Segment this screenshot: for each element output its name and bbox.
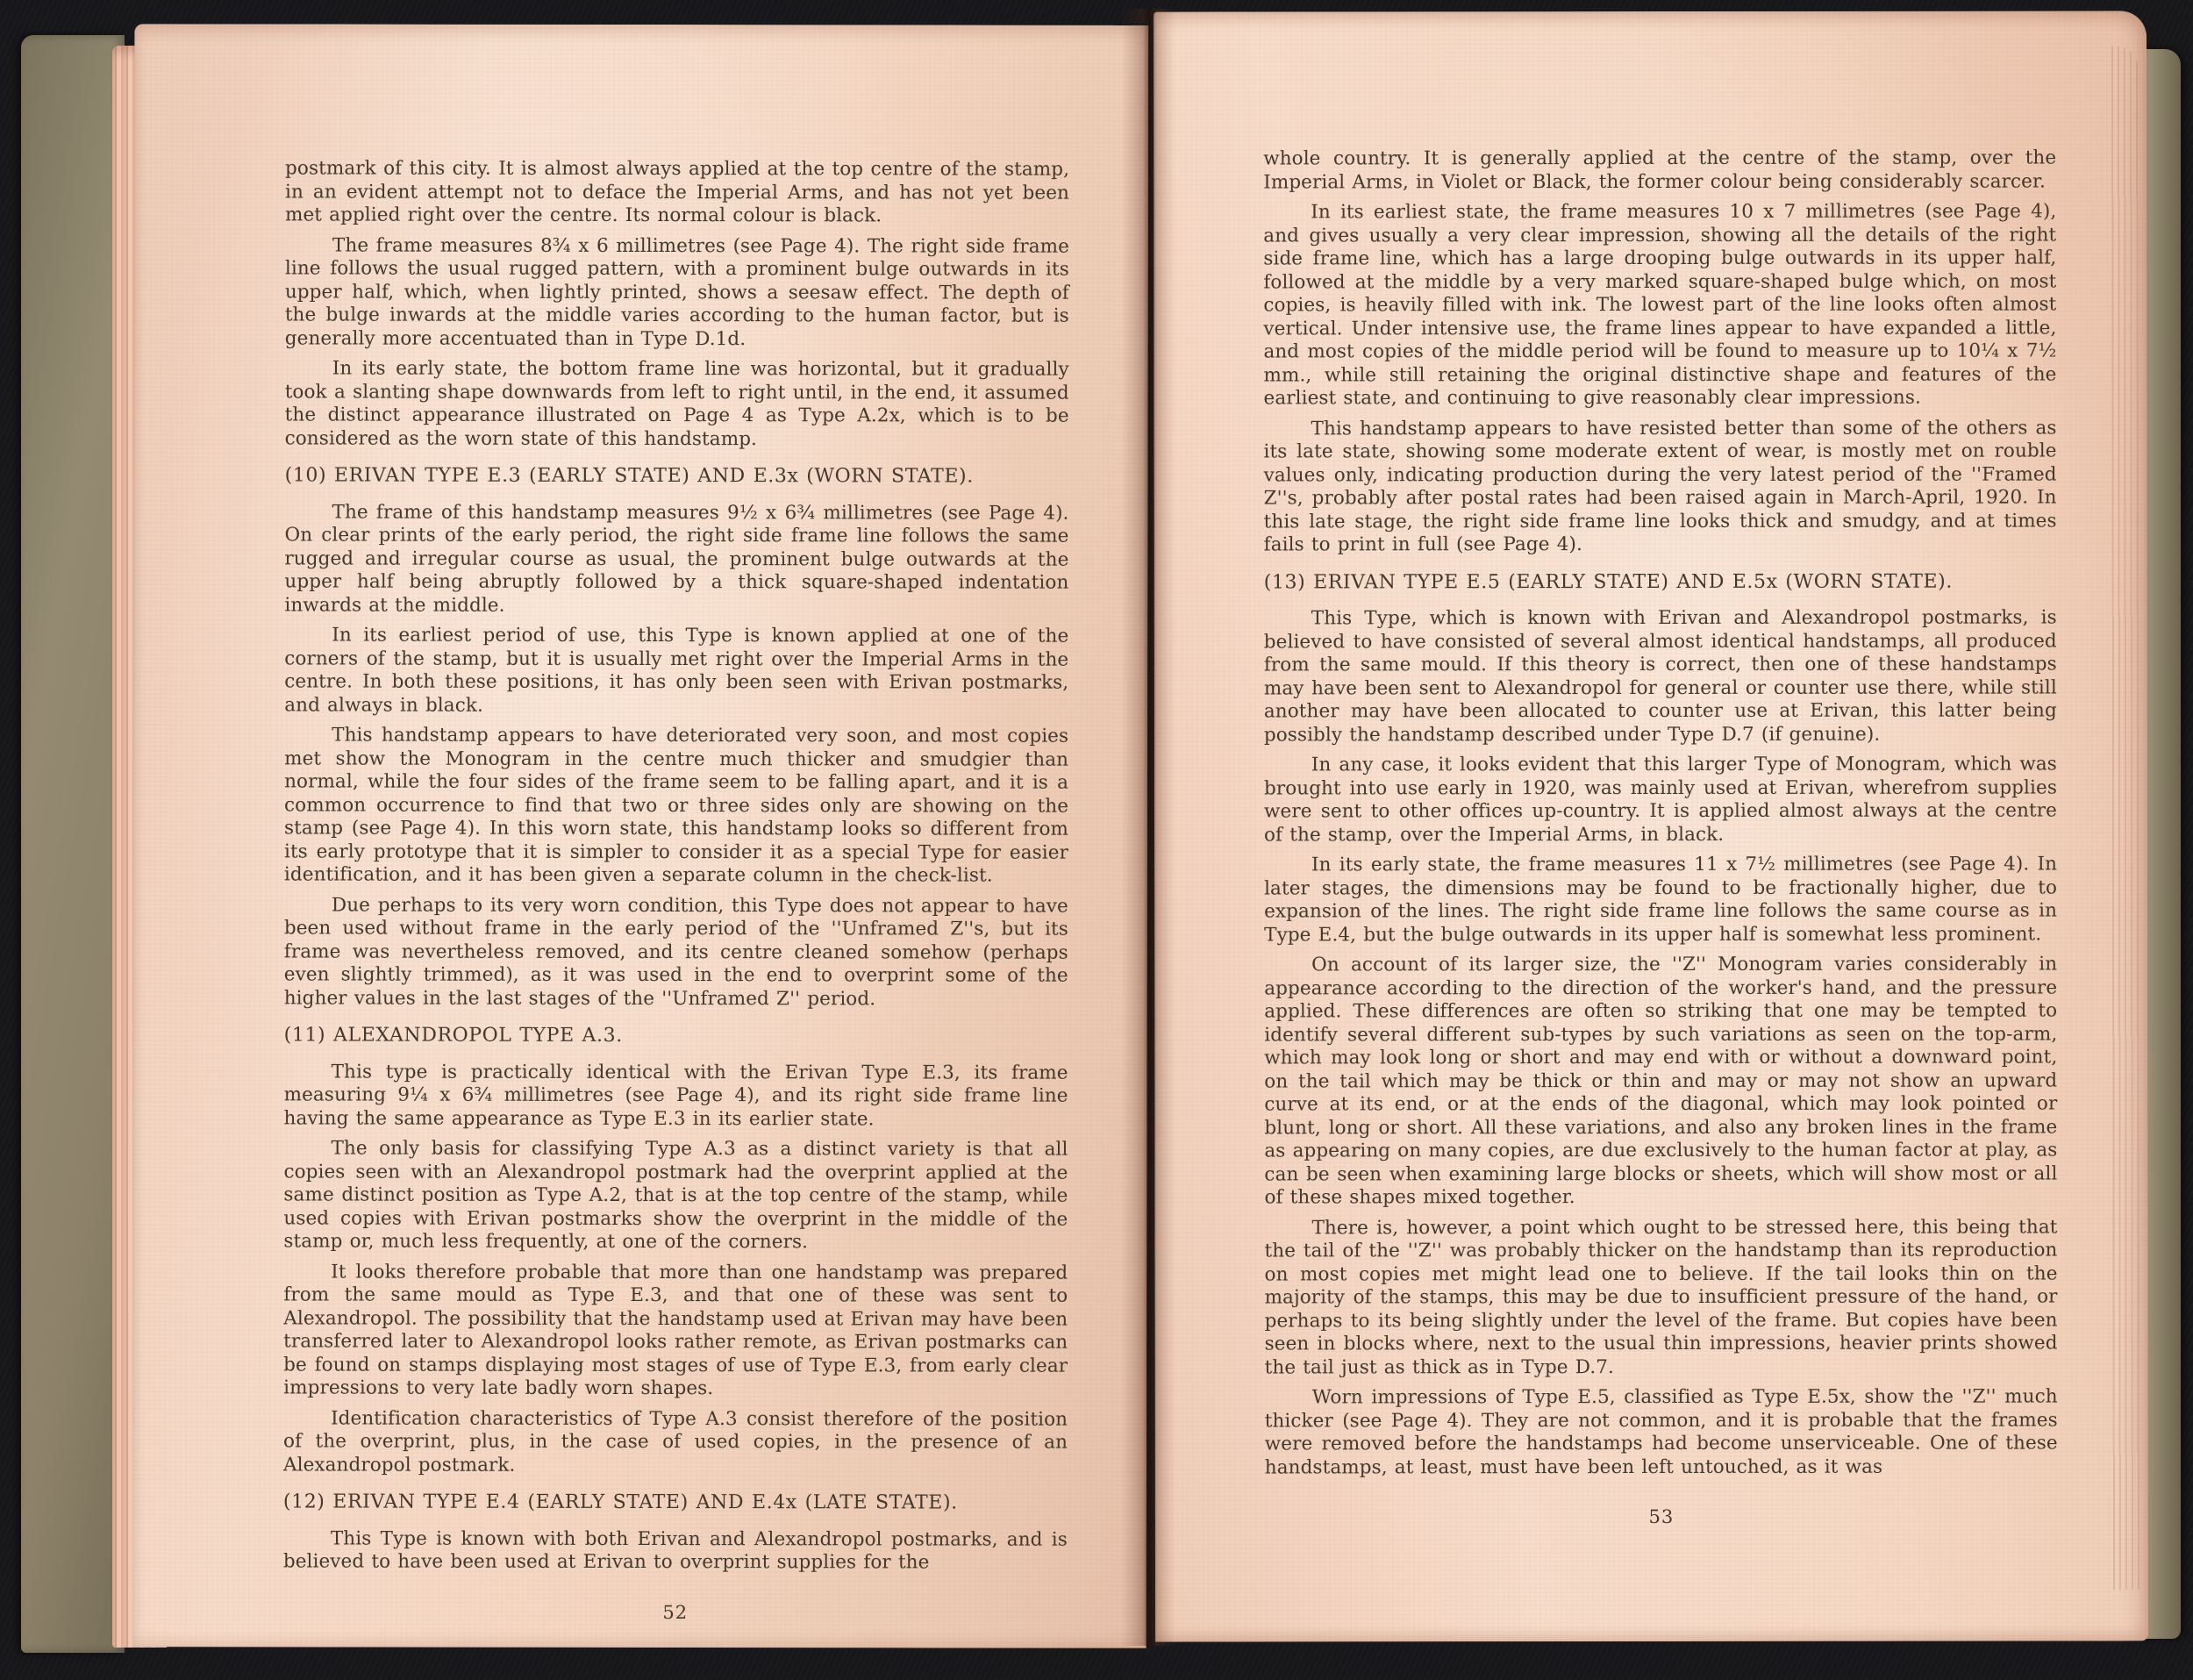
right-page: whole country. It is generally applied a… [1154, 11, 2148, 1641]
section-heading: (12) ERIVAN TYPE E.4 (EARLY STATE) AND E… [283, 1491, 1068, 1515]
paragraph: In its early state, the bottom frame lin… [285, 357, 1069, 451]
paragraph: This handstamp appears to have deteriora… [284, 724, 1068, 888]
paragraph: Due perhaps to its very worn condition, … [284, 894, 1068, 1012]
paragraph: Worn impressions of Type E.5, classified… [1265, 1386, 2058, 1480]
paragraph: The only basis for classifying Type A.3 … [283, 1137, 1068, 1255]
paragraph: In its earliest state, the frame measure… [1263, 201, 2056, 411]
left-page-text: postmark of this city. It is almost alwa… [132, 24, 1149, 1625]
paragraph: Identification characteristics of Type A… [283, 1407, 1068, 1478]
paragraph: On account of its larger size, the ''Z''… [1264, 954, 2057, 1210]
left-page: postmark of this city. It is almost alwa… [132, 24, 1149, 1648]
paragraph: The frame of this handstamp measures 9½ … [284, 501, 1068, 618]
paragraph: In its earliest period of use, this Type… [284, 624, 1068, 718]
paragraph: There is, however, a point which ought t… [1264, 1216, 2057, 1379]
page-number: 52 [283, 1600, 1068, 1625]
page-number: 53 [1265, 1505, 2058, 1529]
section-heading: (10) ERIVAN TYPE E.3 (EARLY STATE) AND E… [285, 464, 1069, 489]
paragraph: whole country. It is generally applied a… [1263, 147, 2056, 195]
section-heading: (13) ERIVAN TYPE E.5 (EARLY STATE) AND E… [1264, 570, 2057, 594]
paragraph: postmark of this city. It is almost alwa… [285, 157, 1069, 228]
right-page-text: whole country. It is generally applied a… [1154, 11, 2148, 1529]
paragraph: This handstamp appears to have resisted … [1264, 417, 2057, 557]
paragraph: In its early state, the frame measures 1… [1264, 854, 2057, 947]
paragraph: This Type is known with both Erivan and … [283, 1527, 1068, 1575]
paragraph: This type is practically identical with … [284, 1061, 1068, 1132]
paragraph: This Type, which is known with Erivan an… [1264, 607, 2057, 747]
paragraph: The frame measures 8¾ x 6 millimetres (s… [285, 234, 1069, 352]
paragraph: In any case, it looks evident that this … [1264, 754, 2057, 847]
paragraph: It looks therefore probable that more th… [283, 1261, 1068, 1401]
section-heading: (11) ALEXANDROPOL TYPE A.3. [284, 1024, 1068, 1048]
book-cover-left [21, 35, 125, 1653]
